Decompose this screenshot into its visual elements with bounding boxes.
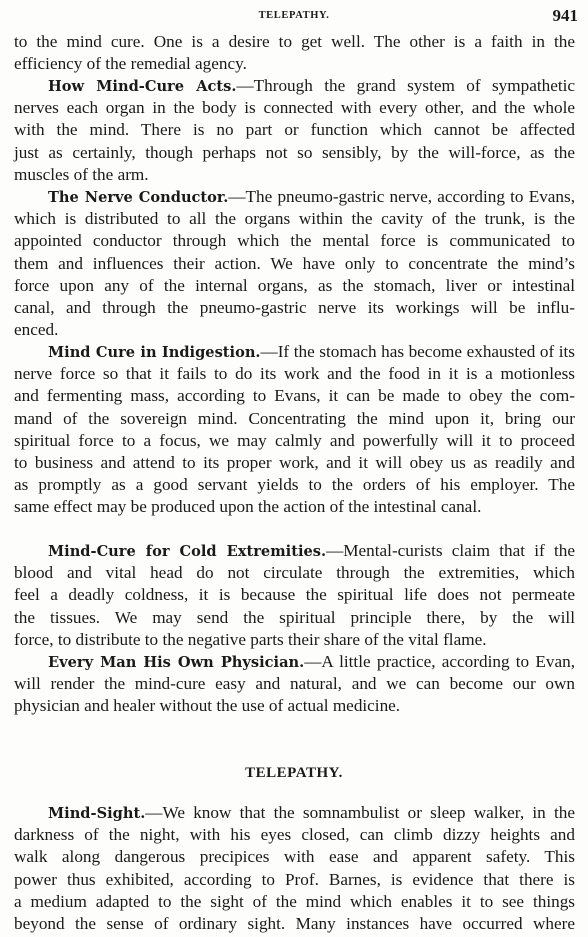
text-line: spiritual force to a focus, we may calml… — [14, 430, 575, 452]
text-line: nerves each organ in the body is connect… — [14, 97, 575, 119]
text-line: walk along dangerous precipices with eas… — [14, 846, 575, 868]
text-line: nerve force so that it fails to do its w… — [14, 363, 575, 385]
paragraph-mind-cure-indigestion: Mind Cure in Indigestion.—If the stomach… — [14, 341, 575, 519]
text-line: appointed conductor through which the me… — [14, 230, 575, 252]
text-line: to the mind cure. One is a desire to get… — [14, 31, 575, 53]
text-line: same effect may be produced upon the act… — [14, 496, 575, 518]
paragraph-heading: Mind-Sight. — [48, 805, 145, 822]
text-line: the tissues. We may send the spiritual p… — [14, 607, 575, 629]
paragraph-heading: The Nerve Conductor. — [48, 189, 228, 206]
text-run: —We know that the somnambulist or sleep … — [145, 803, 575, 822]
text-line: force, to distribute to the negative par… — [14, 629, 575, 651]
text-line: muscles of the arm. — [14, 164, 575, 186]
text-line: will render the mind-cure easy and natur… — [14, 673, 575, 695]
text-line: blood and vital head do not circulate th… — [14, 562, 575, 584]
text-line: them and influences their action. We hav… — [14, 253, 575, 275]
paragraph-own-physician: Every Man His Own Physician.—A little pr… — [14, 651, 575, 718]
text-line: enced. — [14, 319, 575, 341]
text-run: —Through the grand system of sympathetic — [236, 76, 575, 95]
running-head: TELEPATHY. 941 — [0, 6, 588, 26]
text-run: —If the stomach has become exhausted of … — [261, 342, 575, 361]
text-line: to business and attend to its proper wor… — [14, 452, 575, 474]
text-line: Mind Cure in Indigestion.—If the stomach… — [14, 341, 575, 363]
text-line: force upon any of the internal organs, a… — [14, 275, 575, 297]
section-title: TELEPATHY. — [0, 765, 588, 782]
text-run: —The pneumo-gastric nerve, according to … — [228, 187, 575, 206]
text-line: which is distributed to all the organs w… — [14, 208, 575, 230]
text-line: Mind-Cure for Cold Extremities.—Mental-c… — [14, 540, 575, 562]
text-line: beyond the sense of ordinary sight. Many… — [14, 913, 575, 935]
text-line: darkness of the night, with his eyes clo… — [14, 824, 575, 846]
page-number: 941 — [553, 6, 579, 26]
text-line: efficiency of the remedial agency. — [14, 53, 575, 75]
book-page: TELEPATHY. 941 to the mind cure. One is … — [0, 0, 588, 937]
text-line: feel a deadly coldness, it is because th… — [14, 584, 575, 606]
text-line: The Nerve Conductor.—The pneumo-gastric … — [14, 186, 575, 208]
continuation-paragraph: to the mind cure. One is a desire to get… — [14, 31, 575, 75]
text-line: as promptly as a good servant yields to … — [14, 474, 575, 496]
paragraph-nerve-conductor: The Nerve Conductor.—The pneumo-gastric … — [14, 186, 575, 341]
text-run: —Mental-curists claim that if the — [326, 541, 575, 560]
text-line: mand of the sovereign mind. Concentratin… — [14, 408, 575, 430]
text-run: —A little practice, according to Evan, — [304, 652, 575, 671]
text-line: power thus exhibited, according to Prof.… — [14, 869, 575, 891]
text-line: How Mind-Cure Acts.—Through the grand sy… — [14, 75, 575, 97]
paragraph-heading: Every Man His Own Physician. — [48, 654, 304, 671]
text-line: with the mind. There is no part or funct… — [14, 119, 575, 141]
paragraph-mind-sight: Mind-Sight.—We know that the somnambulis… — [14, 802, 575, 935]
text-line: canal, and through the pneumo-gastric ne… — [14, 297, 575, 319]
paragraph-heading: How Mind-Cure Acts. — [48, 78, 236, 95]
paragraph-heading: Mind Cure in Indigestion. — [48, 344, 261, 361]
text-line: Every Man His Own Physician.—A little pr… — [14, 651, 575, 673]
paragraph-cold-extremities: Mind-Cure for Cold Extremities.—Mental-c… — [14, 540, 575, 651]
paragraph-heading: Mind-Cure for Cold Extremities. — [48, 543, 326, 560]
text-line: physician and healer without the use of … — [14, 695, 575, 717]
text-line: just as certainly, though perhaps not so… — [14, 142, 575, 164]
running-head-title: TELEPATHY. — [0, 10, 588, 21]
text-line: Mind-Sight.—We know that the somnambulis… — [14, 802, 575, 824]
text-line: and fermenting mass, according to Evans,… — [14, 385, 575, 407]
text-line: a medium adapted to the sight of the min… — [14, 891, 575, 913]
paragraph-how-mind-cure-acts: How Mind-Cure Acts.—Through the grand sy… — [14, 75, 575, 186]
